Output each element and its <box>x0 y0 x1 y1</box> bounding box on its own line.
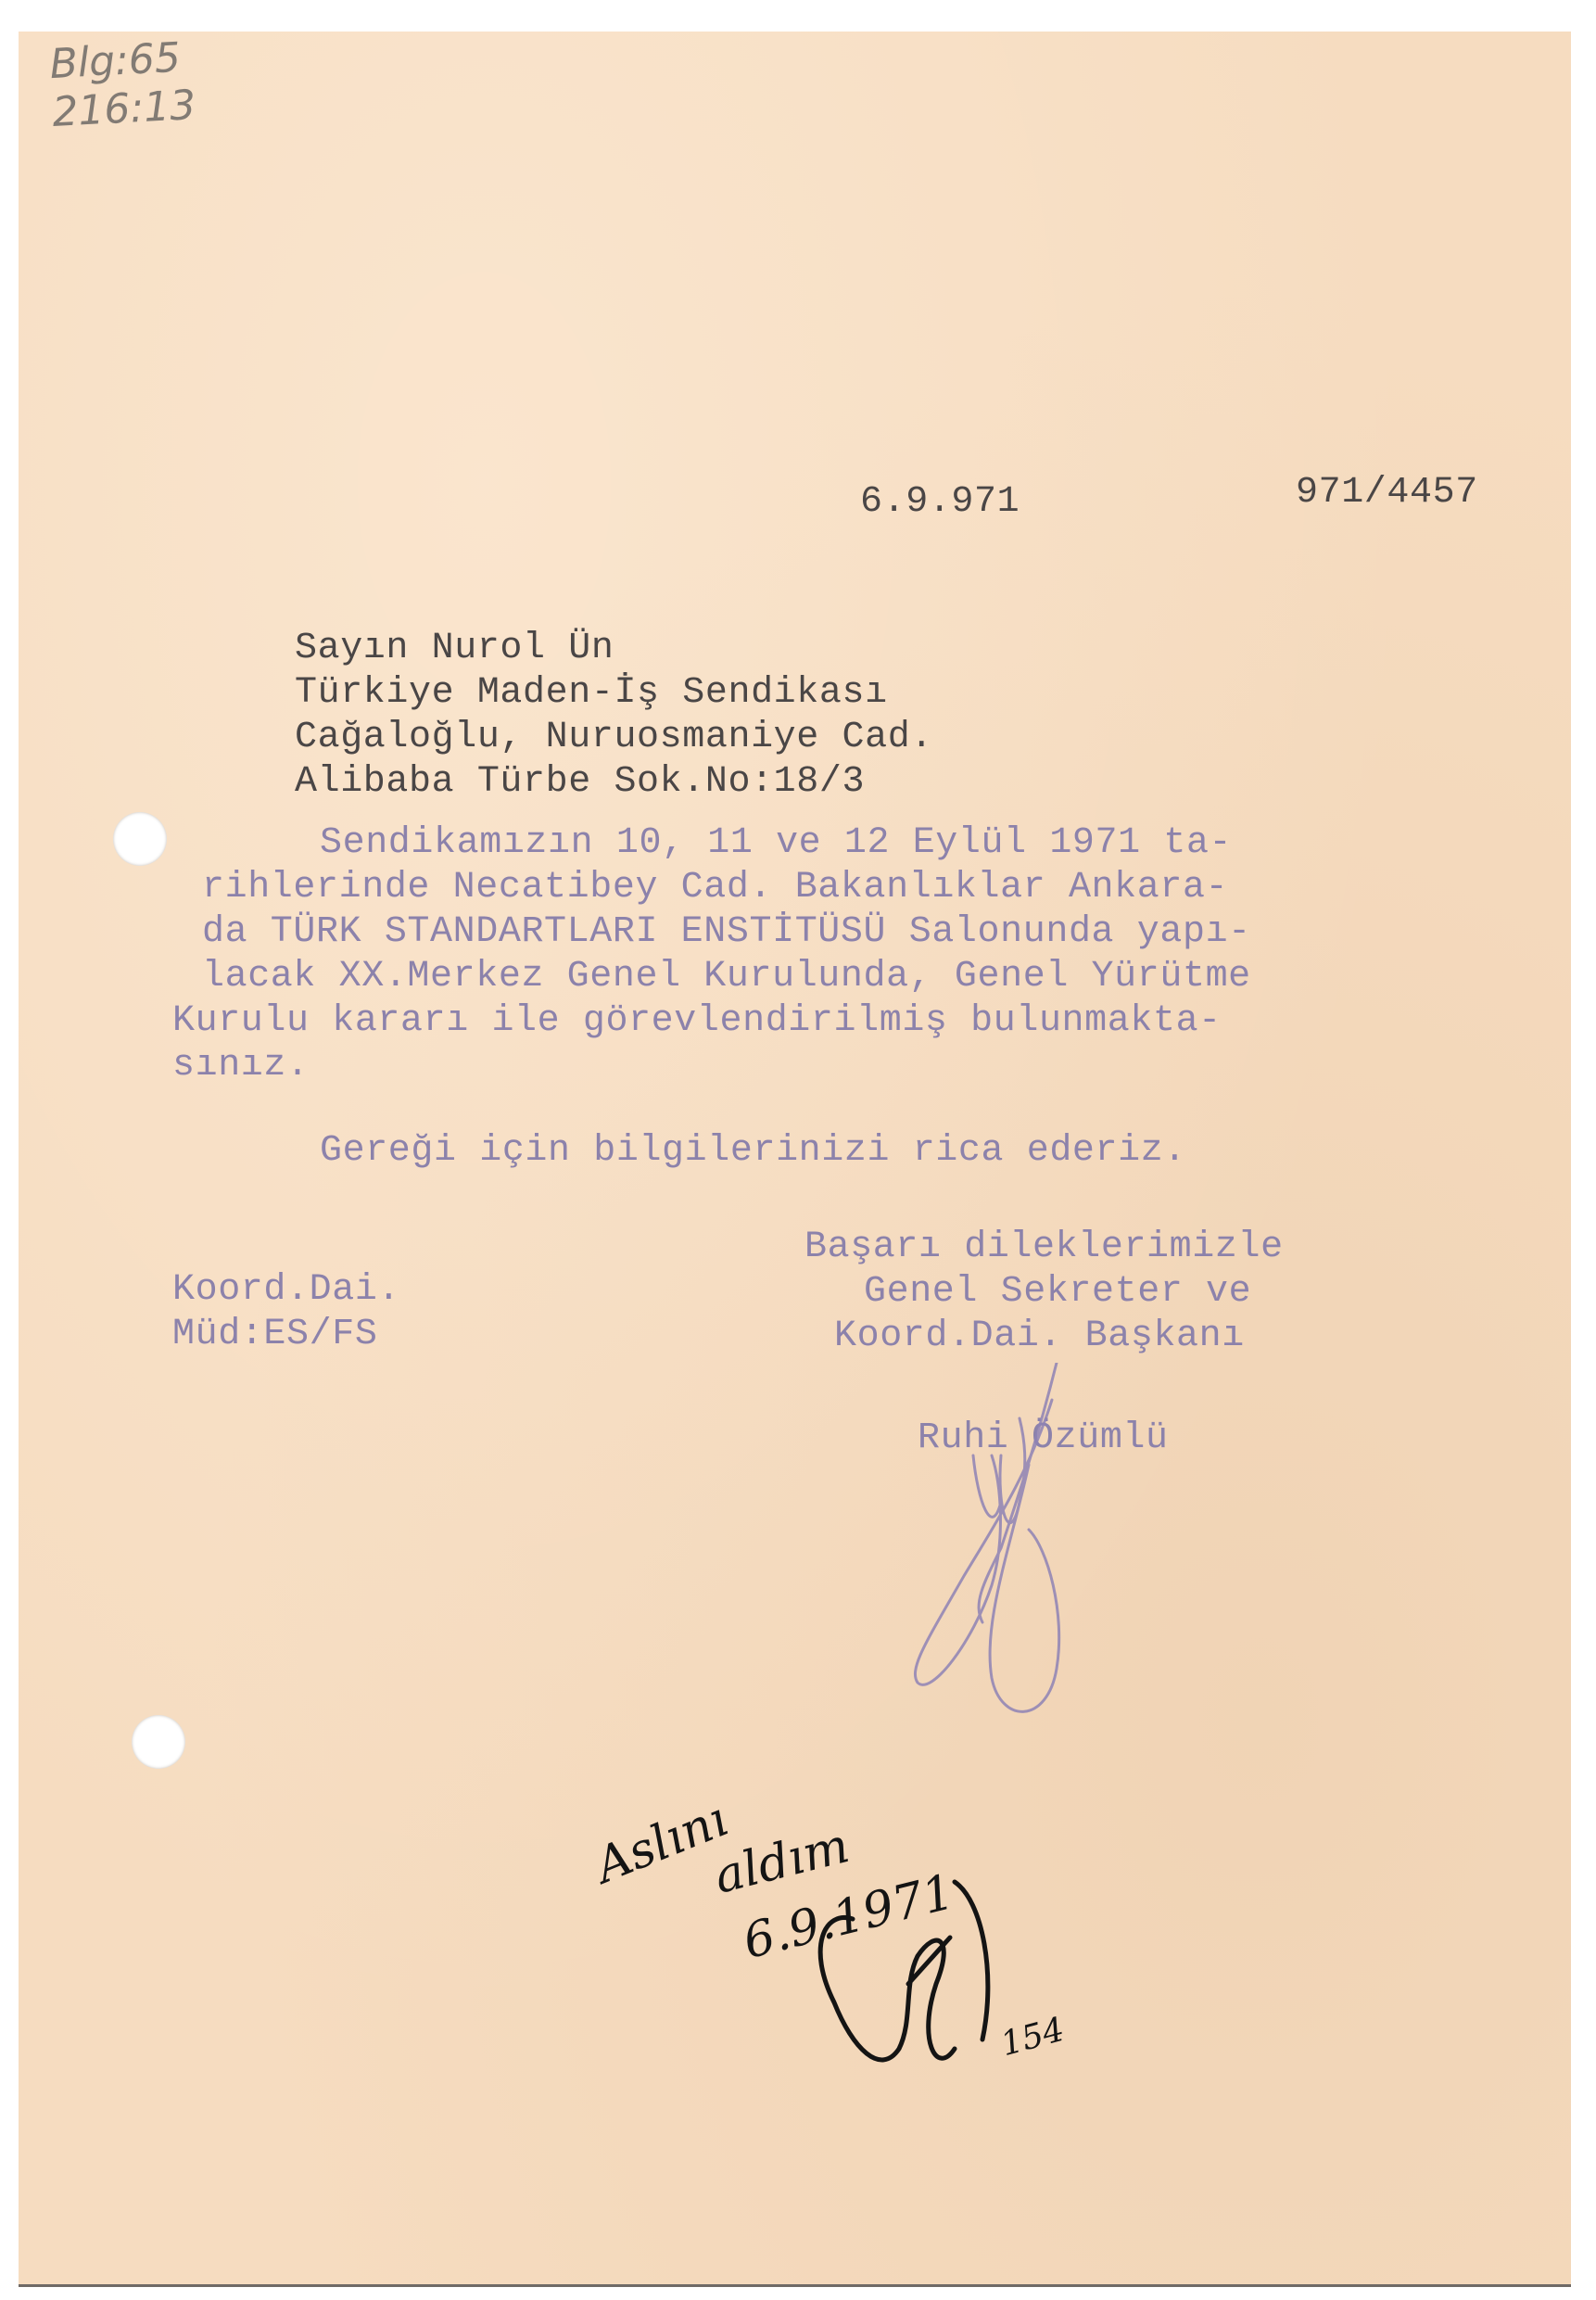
body-line: rihlerinde Necatibey Cad. Bakanlıklar An… <box>202 866 1228 910</box>
body-line: Kurulu kararı ile görevlendirilmiş bulun… <box>172 999 1222 1044</box>
signer-title-2: Koord.Dai. Başkanı <box>834 1315 1245 1359</box>
recipient-organization: Türkiye Maden-İş Sendikası <box>295 671 888 716</box>
department-line1: Koord.Dai. <box>172 1268 400 1313</box>
body-line: lacak XX.Merkez Genel Kurulunda, Genel Y… <box>202 955 1251 999</box>
recipient-address-number: Alibaba Türbe Sok.No:18/3 <box>295 760 865 805</box>
body-line: Sendikamızın 10, 11 ve 12 Eylül 1971 ta- <box>320 821 1232 866</box>
letter-date: 6.9.971 <box>860 480 1020 525</box>
recipient-name: Sayın Nurol Ün <box>295 627 614 671</box>
body-line: da TÜRK STANDARTLARI ENSTİTÜSÜ Salonunda… <box>202 910 1251 955</box>
recipient-street: Cağaloğlu, Nuruosmaniye Cad. <box>295 716 933 760</box>
archive-note-line1: Blg:65 <box>48 33 194 89</box>
archive-note: Blg:65 216:13 <box>48 33 196 137</box>
punch-hole-top <box>113 812 167 866</box>
archive-note-line2: 216:13 <box>51 82 196 137</box>
body-line: sınız. <box>172 1044 310 1088</box>
reference-number: 971/4457 <box>1296 471 1478 515</box>
purple-signature-icon <box>890 1363 1131 1734</box>
closing-request: Gereği için bilgilerinizi rica ederiz. <box>320 1129 1186 1174</box>
punch-hole-bottom <box>132 1715 185 1769</box>
department-line2: Müd:ES/FS <box>172 1313 377 1357</box>
signer-title-1: Genel Sekreter ve <box>864 1270 1251 1315</box>
salutation: Başarı dileklerimizle <box>804 1226 1284 1270</box>
black-signature-icon <box>797 1863 1038 2104</box>
